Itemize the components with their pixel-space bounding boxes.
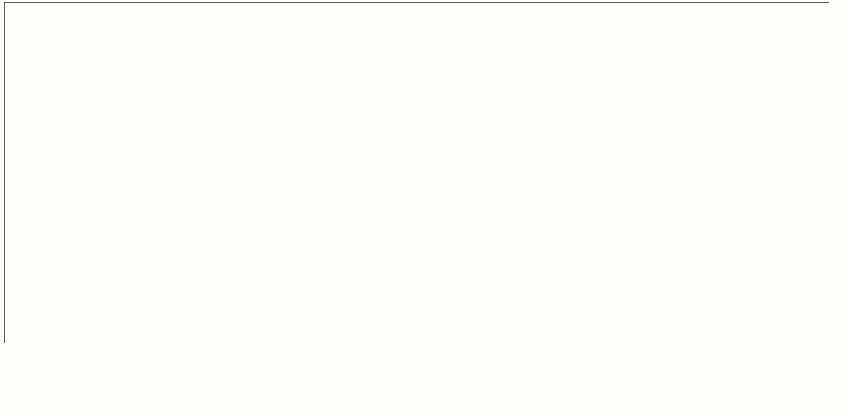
stamp-seal bbox=[499, 217, 695, 413]
awards-table bbox=[4, 2, 829, 343]
stamp-rotated-group bbox=[499, 217, 695, 413]
stamp-circle bbox=[499, 217, 695, 413]
document-page bbox=[0, 0, 846, 416]
